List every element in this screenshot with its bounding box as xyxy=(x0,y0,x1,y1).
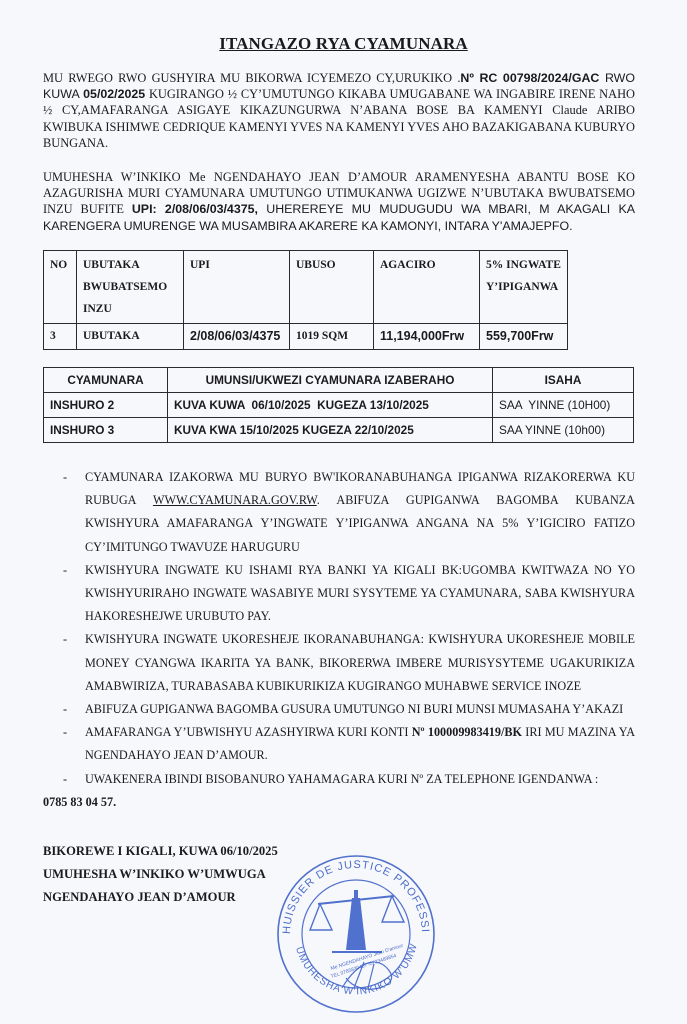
cell-time: SAA YINNE (10h00) xyxy=(493,418,634,443)
cell-property-type: UBUTAKA xyxy=(77,324,184,350)
case-number: Nº RC 00798/2024/GAC xyxy=(460,71,599,85)
header-auction: CYAMUNARA xyxy=(44,368,168,393)
cell-upi: 2/08/06/03/4375 xyxy=(184,324,290,350)
list-text: KWISHYURA INGWATE UKORESHEJE IKORANABUHA… xyxy=(85,632,635,692)
table-row: INSHURO 2 KUVA KUWA 06/10/2025 KUGEZA 13… xyxy=(44,393,634,418)
list-item: -ABIFUZA GUPIGANWA BAGOMBA GUSURA UMUTUN… xyxy=(43,698,635,721)
cell-dates: KUVA KWA 15/10/2025 KUGEZA 22/10/2025 xyxy=(168,418,493,443)
header-time: ISAHA xyxy=(493,368,634,393)
header-upi: UPI xyxy=(184,251,290,324)
cell-round: INSHURO 2 xyxy=(44,393,168,418)
case-date: 05/02/2025 xyxy=(83,87,145,101)
intro-paragraph: MU RWEGO RWO GUSHYIRA MU BIKORWA ICYEMEZ… xyxy=(43,70,635,151)
header-dates: UMUNSI/UKWEZI CYAMUNARA IZABERAHO xyxy=(168,368,493,393)
signature-block: BIKOREWE I KIGALI, KUWA 06/10/2025 UMUHE… xyxy=(43,840,278,909)
place-date: BIKOREWE I KIGALI, KUWA 06/10/2025 xyxy=(43,840,278,863)
list-item: -CYAMUNARA IZAKORWA MU BURYO BW'IKORANAB… xyxy=(43,466,635,559)
list-text: AMAFARANGA Y’UBWISHYU AZASHYIRWA KURI KO… xyxy=(85,725,412,739)
bullet-dash: - xyxy=(63,698,67,721)
account-number: Nº 100009983419/BK xyxy=(412,725,522,739)
official-stamp-icon: HUISSIER DE JUSTICE PROFESSIONNEL UMUHES… xyxy=(250,838,460,1013)
intro-text: MU RWEGO RWO GUSHYIRA MU BIKORWA ICYEMEZ… xyxy=(43,71,460,85)
signer-name: NGENDAHAYO JEAN D’AMOUR xyxy=(43,886,278,909)
bullet-dash: - xyxy=(63,628,67,651)
header-deposit: 5% INGWATE Y’IPIGANWA xyxy=(480,251,568,324)
header-property-type: UBUTAKA BWUBATSEMO INZU xyxy=(77,251,184,324)
signer-role: UMUHESHA W’INKIKO W’UMWUGA xyxy=(43,863,278,886)
list-text: KWISHYURA INGWATE KU ISHAMI RYA BANKI YA… xyxy=(85,563,635,623)
list-text: ABIFUZA GUPIGANWA BAGOMBA GUSURA UMUTUNG… xyxy=(85,702,623,716)
cell-value: 11,194,000Frw xyxy=(374,324,480,350)
table-row: INSHURO 3 KUVA KWA 15/10/2025 KUGEZA 22/… xyxy=(44,418,634,443)
cell-round: INSHURO 3 xyxy=(44,418,168,443)
cell-deposit: 559,700Frw xyxy=(480,324,568,350)
bullet-dash: - xyxy=(63,721,67,744)
cyamunara-website-link[interactable]: WWW.CYAMUNARA.GOV.RW xyxy=(153,493,317,507)
stamp-top-text: HUISSIER DE JUSTICE PROFESSIONNEL xyxy=(250,838,431,934)
bullet-dash: - xyxy=(63,768,67,791)
bullet-dash: - xyxy=(63,466,67,489)
svg-text:HUISSIER DE JUSTICE PROFESSION: HUISSIER DE JUSTICE PROFESSIONNEL xyxy=(250,838,431,934)
table-row: 3 UBUTAKA 2/08/06/03/4375 1019 SQM 11,19… xyxy=(44,324,568,350)
property-table: NO UBUTAKA BWUBATSEMO INZU UPI UBUSO AGA… xyxy=(43,250,568,350)
conditions-list: -CYAMUNARA IZAKORWA MU BURYO BW'IKORANAB… xyxy=(43,466,635,814)
header-no: NO xyxy=(44,251,77,324)
cell-area: 1019 SQM xyxy=(290,324,374,350)
upi-number: UPI: 2/08/06/03/4375, xyxy=(132,202,258,216)
phone-number: 0785 83 04 57. xyxy=(43,795,116,809)
document-title: ITANGAZO RYA CYAMUNARA xyxy=(0,34,687,54)
schedule-table: CYAMUNARA UMUNSI/UKWEZI CYAMUNARA IZABER… xyxy=(43,367,634,443)
header-area: UBUSO xyxy=(290,251,374,324)
bullet-dash: - xyxy=(63,559,67,582)
cell-dates: KUVA KUWA 06/10/2025 KUGEZA 13/10/2025 xyxy=(168,393,493,418)
table-header-row: NO UBUTAKA BWUBATSEMO INZU UPI UBUSO AGA… xyxy=(44,251,568,324)
list-item: -KWISHYURA INGWATE UKORESHEJE IKORANABUH… xyxy=(43,628,635,698)
header-value: AGACIRO xyxy=(374,251,480,324)
cell-no: 3 xyxy=(44,324,77,350)
table-header-row: CYAMUNARA UMUNSI/UKWEZI CYAMUNARA IZABER… xyxy=(44,368,634,393)
list-item: -UWAKENERA IBINDI BISOBANURO YAHAMAGARA … xyxy=(43,768,635,814)
list-item: -KWISHYURA INGWATE KU ISHAMI RYA BANKI Y… xyxy=(43,559,635,629)
list-text: UWAKENERA IBINDI BISOBANURO YAHAMAGARA K… xyxy=(85,772,598,786)
announcement-paragraph: UMUHESHA W’INKIKO Me NGENDAHAYO JEAN D’A… xyxy=(43,169,635,234)
list-item: -AMAFARANGA Y’UBWISHYU AZASHYIRWA KURI K… xyxy=(43,721,635,767)
cell-time: SAA YINNE (10H00) xyxy=(493,393,634,418)
